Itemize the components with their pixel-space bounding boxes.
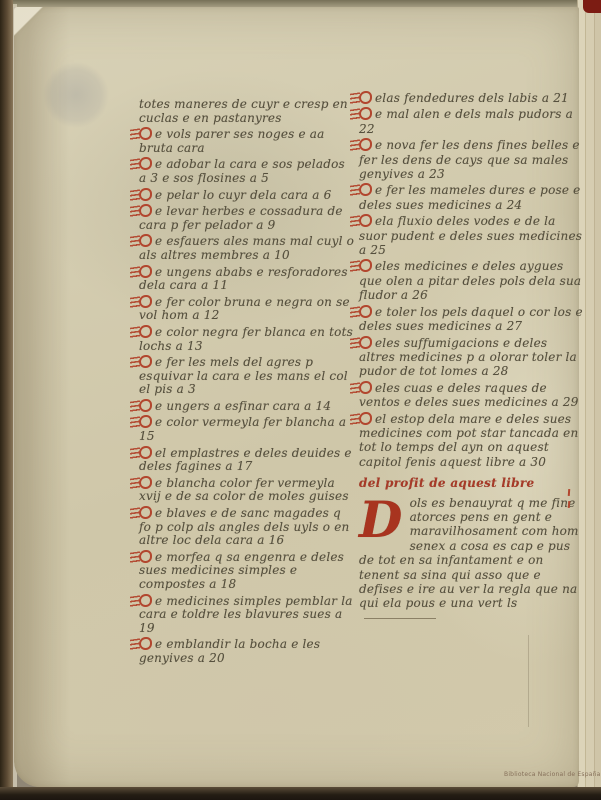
rubric-initial-icon (139, 127, 152, 140)
toc-entry-text: e emblandir la bocha e les genyives a 20 (139, 637, 320, 665)
rubric-initial-icon (359, 214, 372, 227)
rubric-initial-icon (139, 188, 152, 201)
rubric-initial-icon (139, 550, 152, 563)
toc-entry: e nova fer les dens fines belles e fer l… (359, 138, 584, 181)
toc-entry: e mal alen e dels mals pudors a 22 (359, 107, 584, 136)
rubric-initial-icon (359, 336, 372, 349)
toc-entry: e esfauers ales mans mal cuyl o als altr… (139, 234, 356, 262)
rubric-initial-icon (139, 637, 152, 650)
toc-entry-text: e fer les mels del agres p esquivar la c… (139, 355, 348, 396)
toc-entry: ela fluxio deles vodes e de la suor pude… (359, 214, 584, 257)
toc-entry: e blaves e de sanc magades q fo p colp a… (139, 506, 356, 548)
toc-entry-text: elas fendedures dels labis a 21 (375, 91, 569, 105)
toc-entry-text: e ungens ababs e resforadores dela cara … (139, 265, 348, 293)
rubric-initial-icon (139, 355, 152, 368)
toc-entry-text: e fer les mameles dures e pose e deles s… (359, 183, 580, 211)
prologue-paragraph: Dols es benauyrat q me fine atorces pens… (359, 496, 584, 626)
toc-entry-text: el estop dela mare e deles sues medicine… (359, 412, 578, 469)
toc-entry-text: e mal alen e dels mals pudors a 22 (359, 107, 573, 135)
toc-entry: eles medicines e deles aygues que olen a… (359, 259, 584, 302)
toc-entry: elas fendedures dels labis a 21 (359, 91, 584, 105)
chapter-heading: del profit de aquest libre (359, 476, 584, 490)
line-filler-rule (364, 618, 436, 619)
binding-corner (583, 0, 601, 13)
rubric-initial-icon (359, 107, 372, 120)
toc-entry: el estop dela mare e deles sues medicine… (359, 412, 584, 470)
rubric-initial-icon (139, 476, 152, 489)
rubric-initial-icon (359, 412, 372, 425)
toc-entry: e color vermeyla fer blancha a 15 (139, 415, 356, 443)
toc-entry-text: e blaves e de sanc magades q fo p colp a… (139, 506, 349, 547)
toc-entry: e fer color bruna e negra on se vol hom … (139, 295, 356, 323)
rubric-initial-icon (139, 415, 152, 428)
toc-entry: e vols parer ses noges e aa bruta cara (139, 127, 356, 155)
toc-entry: e toler los pels daquel o cor los e dele… (359, 305, 584, 334)
column-ruling-line (528, 635, 529, 727)
rubric-initial-icon (139, 265, 152, 278)
toc-entry: e adobar la cara e sos pelados a 3 e sos… (139, 157, 356, 185)
rubric-initial-icon (139, 446, 152, 459)
rubric-initial-icon (139, 234, 152, 247)
toc-entry: e levar herbes e cossadura de cara p fer… (139, 204, 356, 232)
toc-entry-text: e vols parer ses noges e aa bruta cara (139, 127, 325, 155)
toc-entry: e fer les mels del agres p esquivar la c… (139, 355, 356, 397)
toc-entry-text: e color negra fer blanca en tots lochs a… (139, 325, 353, 353)
toc-entry: e color negra fer blanca en tots lochs a… (139, 325, 356, 353)
margin-marks (566, 489, 572, 513)
manuscript-photo: totes maneres de cuyr e cresp en cuclas … (0, 0, 601, 800)
toc-entry-text: e levar herbes e cossadura de cara p fer… (139, 204, 343, 232)
book-bottom-edge (0, 787, 601, 800)
toc-entry-text: e medicines simples pemblar la cara e to… (139, 594, 353, 635)
rubric-initial-icon (359, 91, 372, 104)
toc-entry-text: e toler los pels daquel o cor los e dele… (359, 305, 583, 333)
toc-entry: e emblandir la bocha e les genyives a 20 (139, 637, 356, 665)
toc-entry-text: el emplastres e deles deuides e deles fa… (139, 446, 352, 474)
rubric-initial-icon (139, 325, 152, 338)
toc-entry-text: e nova fer les dens fines belles e fer l… (359, 138, 580, 181)
toc-entry-text: eles medicines e deles aygues que olen a… (359, 259, 581, 302)
library-watermark-text: Biblioteca Nacional de España (504, 771, 600, 778)
toc-entry: e morfea q sa engenra e deles sues medic… (139, 550, 356, 592)
toc-entry: e medicines simples pemblar la cara e to… (139, 594, 356, 636)
toc-entry: e ungers a esfinar cara a 14 (139, 399, 356, 414)
rubric-initial-icon (359, 138, 372, 151)
toc-entries-right: elas fendedures dels labis a 21 e mal al… (359, 91, 584, 469)
rubric-initial-icon (359, 183, 372, 196)
toc-entry-text: eles suffumigacions e deles altres medic… (359, 336, 577, 379)
toc-entry: e ungens ababs e resforadores dela cara … (139, 265, 356, 293)
toc-entry-text: e ungers a esfinar cara a 14 (155, 399, 331, 413)
rubric-initial-icon (139, 399, 152, 412)
rubric-initial-icon (359, 381, 372, 394)
toc-column-left: totes maneres de cuyr e cresp en cuclas … (139, 98, 356, 668)
toc-entry-text: eles cuas e deles raques de ventos e del… (359, 381, 579, 409)
toc-entry: e fer les mameles dures e pose e deles s… (359, 183, 584, 212)
toc-entries-left: e vols parer ses noges e aa bruta cara e… (139, 127, 356, 665)
drop-cap-initial: D (359, 500, 403, 540)
rubric-initial-icon (139, 594, 152, 607)
rubric-initial-icon (359, 305, 372, 318)
toc-entry-text: ela fluxio deles vodes e de la suor pude… (359, 214, 582, 257)
toc-entry: el emplastres e deles deuides e deles fa… (139, 446, 356, 474)
rubric-initial-icon (359, 259, 372, 272)
toc-entry-text: e blancha color fer vermeyla xvij e de s… (139, 476, 349, 504)
toc-entry: e blancha color fer vermeyla xvij e de s… (139, 476, 356, 504)
toc-entry-text: e adobar la cara e sos pelados a 3 e sos… (139, 157, 345, 185)
toc-entry-text: e esfauers ales mans mal cuyl o als altr… (139, 234, 354, 262)
toc-column-right: elas fendedures dels labis a 21 e mal al… (359, 91, 584, 625)
toc-continuation-text: totes maneres de cuyr e cresp en cuclas … (139, 98, 356, 125)
toc-entry-text: e fer color bruna e negra on se vol hom … (139, 295, 350, 323)
binding-left-edge (0, 0, 13, 800)
toc-entry-text: e color vermeyla fer blancha a 15 (139, 415, 346, 443)
toc-entry-text: e morfea q sa engenra e deles sues medic… (139, 550, 344, 591)
toc-entry-text: e pelar lo cuyr dela cara a 6 (155, 188, 331, 202)
manuscript-page: totes maneres de cuyr e cresp en cuclas … (14, 7, 579, 787)
rubric-initial-icon (139, 506, 152, 519)
toc-entry: eles suffumigacions e deles altres medic… (359, 336, 584, 379)
rubric-initial-icon (139, 295, 152, 308)
book-top-edge (0, 0, 601, 7)
rubric-initial-icon (139, 204, 152, 217)
toc-entry: e pelar lo cuyr dela cara a 6 (139, 188, 356, 203)
toc-entry: eles cuas e deles raques de ventos e del… (359, 381, 584, 410)
rubric-initial-icon (139, 157, 152, 170)
